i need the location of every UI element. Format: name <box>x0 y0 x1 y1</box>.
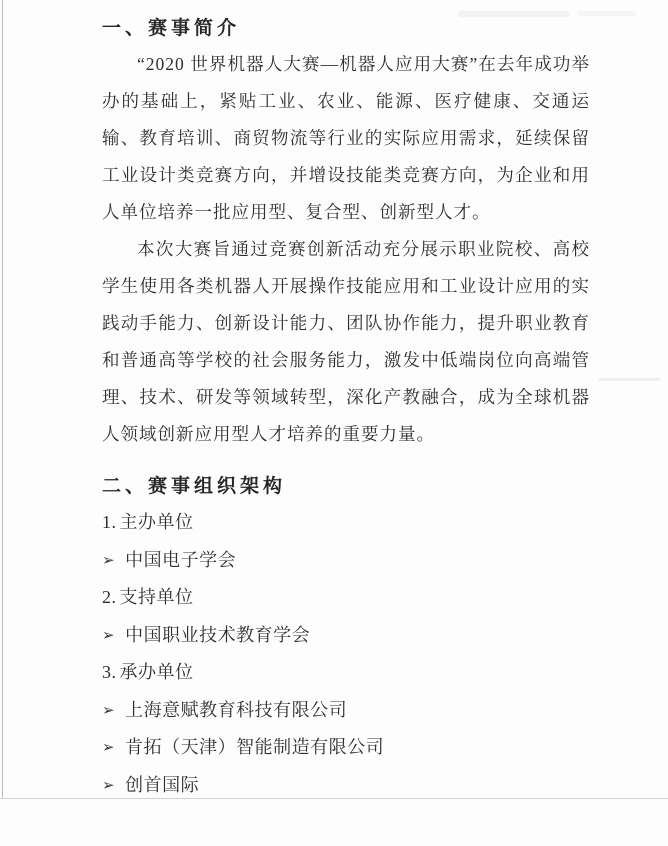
org-list-item: 1.主办单位 <box>102 504 590 542</box>
org-list-item: ➢肯拓（天津）智能制造有限公司 <box>102 729 590 767</box>
org-item-label: 中国职业技术教育学会 <box>125 625 310 645</box>
org-list-item: 2.支持单位 <box>102 579 590 617</box>
arrow-bullet-icon: ➢ <box>102 692 115 730</box>
org-list-item: ➢创首国际 <box>102 767 590 805</box>
org-item-label: 支持单位 <box>120 587 194 607</box>
org-list-item: 3.承办单位 <box>102 654 590 692</box>
org-list-item: ➢中国职业技术教育学会 <box>102 617 590 655</box>
org-item-label: 承办单位 <box>120 662 194 682</box>
item-number: 2. <box>102 579 117 617</box>
intro-paragraph: 本次大赛旨通过竞赛创新活动充分展示职业院校、高校学生使用各类机器人开展操作技能应… <box>102 231 590 453</box>
section-heading-organization: 二、赛事组织架构 <box>102 474 590 500</box>
scanned-document-page: 一、赛事简介 “2020 世界机器人大赛—机器人应用大赛”在去年成功举办的基础上… <box>0 0 668 846</box>
org-list-item: ➢中国电子学会 <box>102 542 590 580</box>
org-item-label: 上海意赋教育科技有限公司 <box>125 700 347 720</box>
organization-list: 1.主办单位 ➢中国电子学会 2.支持单位 ➢中国职业技术教育学会 3.承办单位… <box>102 504 590 804</box>
document-content: 一、赛事简介 “2020 世界机器人大赛—机器人应用大赛”在去年成功举办的基础上… <box>102 16 590 804</box>
arrow-bullet-icon: ➢ <box>102 617 115 655</box>
scan-page-left-edge <box>2 0 3 799</box>
section-heading-intro: 一、赛事简介 <box>102 16 590 42</box>
arrow-bullet-icon: ➢ <box>102 729 115 767</box>
org-item-label: 创首国际 <box>125 775 199 795</box>
scan-smudge <box>598 378 660 381</box>
item-number: 3. <box>102 654 117 692</box>
org-list-item: ➢上海意赋教育科技有限公司 <box>102 692 590 730</box>
arrow-bullet-icon: ➢ <box>102 767 115 805</box>
arrow-bullet-icon: ➢ <box>102 542 115 580</box>
intro-paragraph: “2020 世界机器人大赛—机器人应用大赛”在去年成功举办的基础上，紧贴工业、农… <box>102 46 590 231</box>
item-number: 1. <box>102 504 117 542</box>
org-item-label: 中国电子学会 <box>125 550 236 570</box>
org-item-label: 主办单位 <box>120 512 194 532</box>
org-item-label: 肯拓（天津）智能制造有限公司 <box>125 737 384 757</box>
